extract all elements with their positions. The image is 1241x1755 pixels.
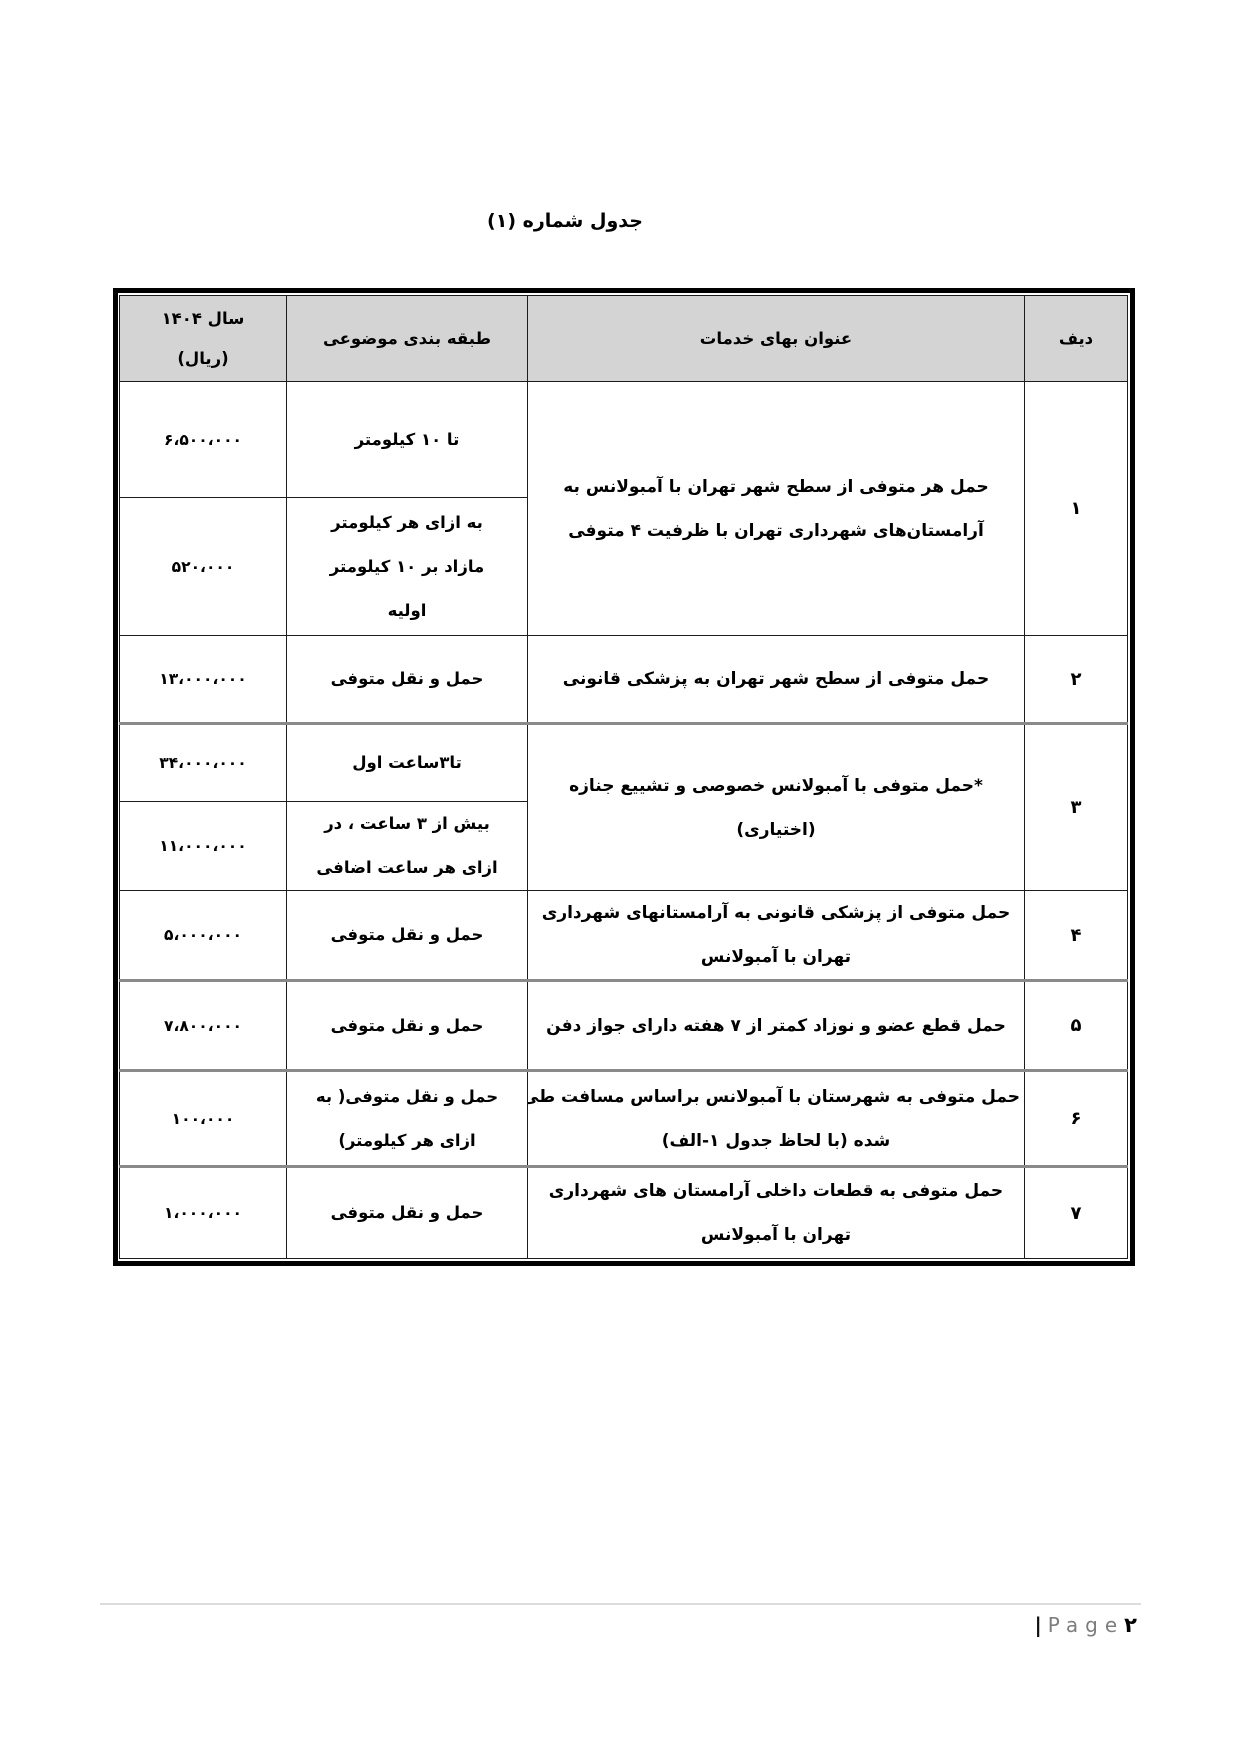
price-cell: ۵۲۰،۰۰۰ bbox=[120, 498, 287, 636]
header-row-number: دیف bbox=[1025, 296, 1128, 382]
row-number-cell: ۱ bbox=[1025, 382, 1128, 636]
price-cell: ۱،۰۰۰،۰۰۰ bbox=[120, 1167, 287, 1259]
footer-bar: | bbox=[1034, 1613, 1041, 1637]
table-row-1: ۱ حمل هر متوفی از سطح شهر تهران با آمبول… bbox=[120, 382, 1128, 498]
category-line: بیش از ۳ ساعت ، در bbox=[291, 802, 523, 846]
service-line: آرامستان‌های شهرداری تهران با ظرفیت ۴ مت… bbox=[532, 509, 1020, 553]
category-cell: به ازای هر کیلومتر مازاد بر ۱۰ کیلومتر ا… bbox=[287, 498, 528, 636]
category-line: ازای هر ساعت اضافی bbox=[291, 846, 523, 890]
footer-page-label: Page bbox=[1048, 1613, 1124, 1637]
page-title: جدول شماره (۱) bbox=[0, 210, 1130, 232]
row-number-cell: ۲ bbox=[1025, 636, 1128, 724]
service-line: حمل قطع عضو و نوزاد کمتر از ۷ هفته دارای… bbox=[532, 1004, 1020, 1048]
header-category: طبقه بندی موضوعی bbox=[287, 296, 528, 382]
category-line: حمل و نقل متوفی( به bbox=[291, 1075, 523, 1119]
service-line: حمل متوفی از سطح شهر تهران به پزشکی قانو… bbox=[532, 657, 1020, 701]
row-number-cell: ۵ bbox=[1025, 981, 1128, 1071]
page-footer: |Page۲ bbox=[0, 1613, 1137, 1637]
row-number-cell: ۷ bbox=[1025, 1167, 1128, 1259]
service-line: حمل متوفی از پزشکی قانونی به آرامستانهای… bbox=[532, 891, 1020, 935]
header-year: سال ۱۴۰۴ (ریال) bbox=[120, 296, 287, 382]
table-row-3: ۳ *حمل متوفی با آمبولانس خصوصی و تشییع ج… bbox=[120, 724, 1128, 802]
price-cell: ۱۱،۰۰۰،۰۰۰ bbox=[120, 802, 287, 891]
category-cell: حمل و نقل متوفی bbox=[287, 636, 528, 724]
service-cell: حمل متوفی از سطح شهر تهران به پزشکی قانو… bbox=[528, 636, 1025, 724]
category-line: مازاد بر ۱۰ کیلومتر bbox=[291, 545, 523, 589]
category-line: حمل و نقل متوفی bbox=[291, 1004, 523, 1048]
price-cell: ۵،۰۰۰،۰۰۰ bbox=[120, 891, 287, 981]
row-number-cell: ۶ bbox=[1025, 1071, 1128, 1167]
service-line: شده (با لحاظ جدول ۱-الف) bbox=[532, 1119, 1020, 1163]
service-line: حمل متوفی به شهرستان با آمبولانس براساس … bbox=[532, 1075, 1020, 1119]
service-cell: حمل متوفی از پزشکی قانونی به آرامستانهای… bbox=[528, 891, 1025, 981]
row-number-cell: ۳ bbox=[1025, 724, 1128, 891]
price-cell: ۳۴،۰۰۰،۰۰۰ bbox=[120, 724, 287, 802]
category-cell: تا ۱۰ کیلومتر bbox=[287, 382, 528, 498]
service-line: حمل متوفی به قطعات داخلی آرامستان های شه… bbox=[532, 1169, 1020, 1213]
service-line: *حمل متوفی با آمبولانس خصوصی و تشییع جنا… bbox=[532, 764, 1020, 808]
table-row-6: ۶ حمل متوفی به شهرستان با آمبولانس براسا… bbox=[120, 1071, 1128, 1167]
category-line: ازای هر کیلومتر) bbox=[291, 1119, 523, 1163]
price-cell: ۷،۸۰۰،۰۰۰ bbox=[120, 981, 287, 1071]
table-row-4: ۴ حمل متوفی از پزشکی قانونی به آرامستانه… bbox=[120, 891, 1128, 981]
category-line: تا ۱۰ کیلومتر bbox=[291, 418, 523, 462]
category-line: حمل و نقل متوفی bbox=[291, 657, 523, 701]
service-line: (اختیاری) bbox=[532, 808, 1020, 852]
fees-table: دیف عنوان بهای خدمات طبقه بندی موضوعی سا… bbox=[119, 295, 1128, 1259]
service-cell: حمل متوفی به قطعات داخلی آرامستان های شه… bbox=[528, 1167, 1025, 1259]
table-row-5: ۵ حمل قطع عضو و نوزاد کمتر از ۷ هفته دار… bbox=[120, 981, 1128, 1071]
footer-divider bbox=[100, 1603, 1141, 1605]
service-cell: حمل هر متوفی از سطح شهر تهران با آمبولان… bbox=[528, 382, 1025, 636]
price-cell: ۶،۵۰۰،۰۰۰ bbox=[120, 382, 287, 498]
price-cell: ۱۳،۰۰۰،۰۰۰ bbox=[120, 636, 287, 724]
category-cell: حمل و نقل متوفی bbox=[287, 981, 528, 1071]
category-line: تا۳ساعت اول bbox=[291, 741, 523, 785]
category-line: حمل و نقل متوفی bbox=[291, 1191, 523, 1235]
category-line: اولیه bbox=[291, 589, 523, 633]
service-line: تهران با آمبولانس bbox=[532, 1213, 1020, 1257]
category-line: حمل و نقل متوفی bbox=[291, 913, 523, 957]
category-cell: حمل و نقل متوفی bbox=[287, 891, 528, 981]
category-cell: تا۳ساعت اول bbox=[287, 724, 528, 802]
category-cell: بیش از ۳ ساعت ، در ازای هر ساعت اضافی bbox=[287, 802, 528, 891]
service-cell: حمل قطع عضو و نوزاد کمتر از ۷ هفته دارای… bbox=[528, 981, 1025, 1071]
header-year-line1: سال ۱۴۰۴ bbox=[124, 299, 282, 339]
fees-table-frame: دیف عنوان بهای خدمات طبقه بندی موضوعی سا… bbox=[113, 288, 1135, 1266]
row-number-cell: ۴ bbox=[1025, 891, 1128, 981]
table-row-7: ۷ حمل متوفی به قطعات داخلی آرامستان های … bbox=[120, 1167, 1128, 1259]
service-cell: *حمل متوفی با آمبولانس خصوصی و تشییع جنا… bbox=[528, 724, 1025, 891]
table-row-2: ۲ حمل متوفی از سطح شهر تهران به پزشکی قا… bbox=[120, 636, 1128, 724]
header-row: دیف عنوان بهای خدمات طبقه بندی موضوعی سا… bbox=[120, 296, 1128, 382]
footer-page-number: ۲ bbox=[1124, 1613, 1137, 1637]
header-year-line2: (ریال) bbox=[124, 339, 282, 379]
service-cell: حمل متوفی به شهرستان با آمبولانس براساس … bbox=[528, 1071, 1025, 1167]
document-page: جدول شماره (۱) دیف عنوان بهای خدمات طبقه… bbox=[0, 0, 1241, 1755]
service-line: حمل هر متوفی از سطح شهر تهران با آمبولان… bbox=[532, 465, 1020, 509]
service-line: تهران با آمبولانس bbox=[532, 935, 1020, 979]
category-line: به ازای هر کیلومتر bbox=[291, 501, 523, 545]
price-cell: ۱۰۰،۰۰۰ bbox=[120, 1071, 287, 1167]
header-service-title: عنوان بهای خدمات bbox=[528, 296, 1025, 382]
category-cell: حمل و نقل متوفی( به ازای هر کیلومتر) bbox=[287, 1071, 528, 1167]
category-cell: حمل و نقل متوفی bbox=[287, 1167, 528, 1259]
